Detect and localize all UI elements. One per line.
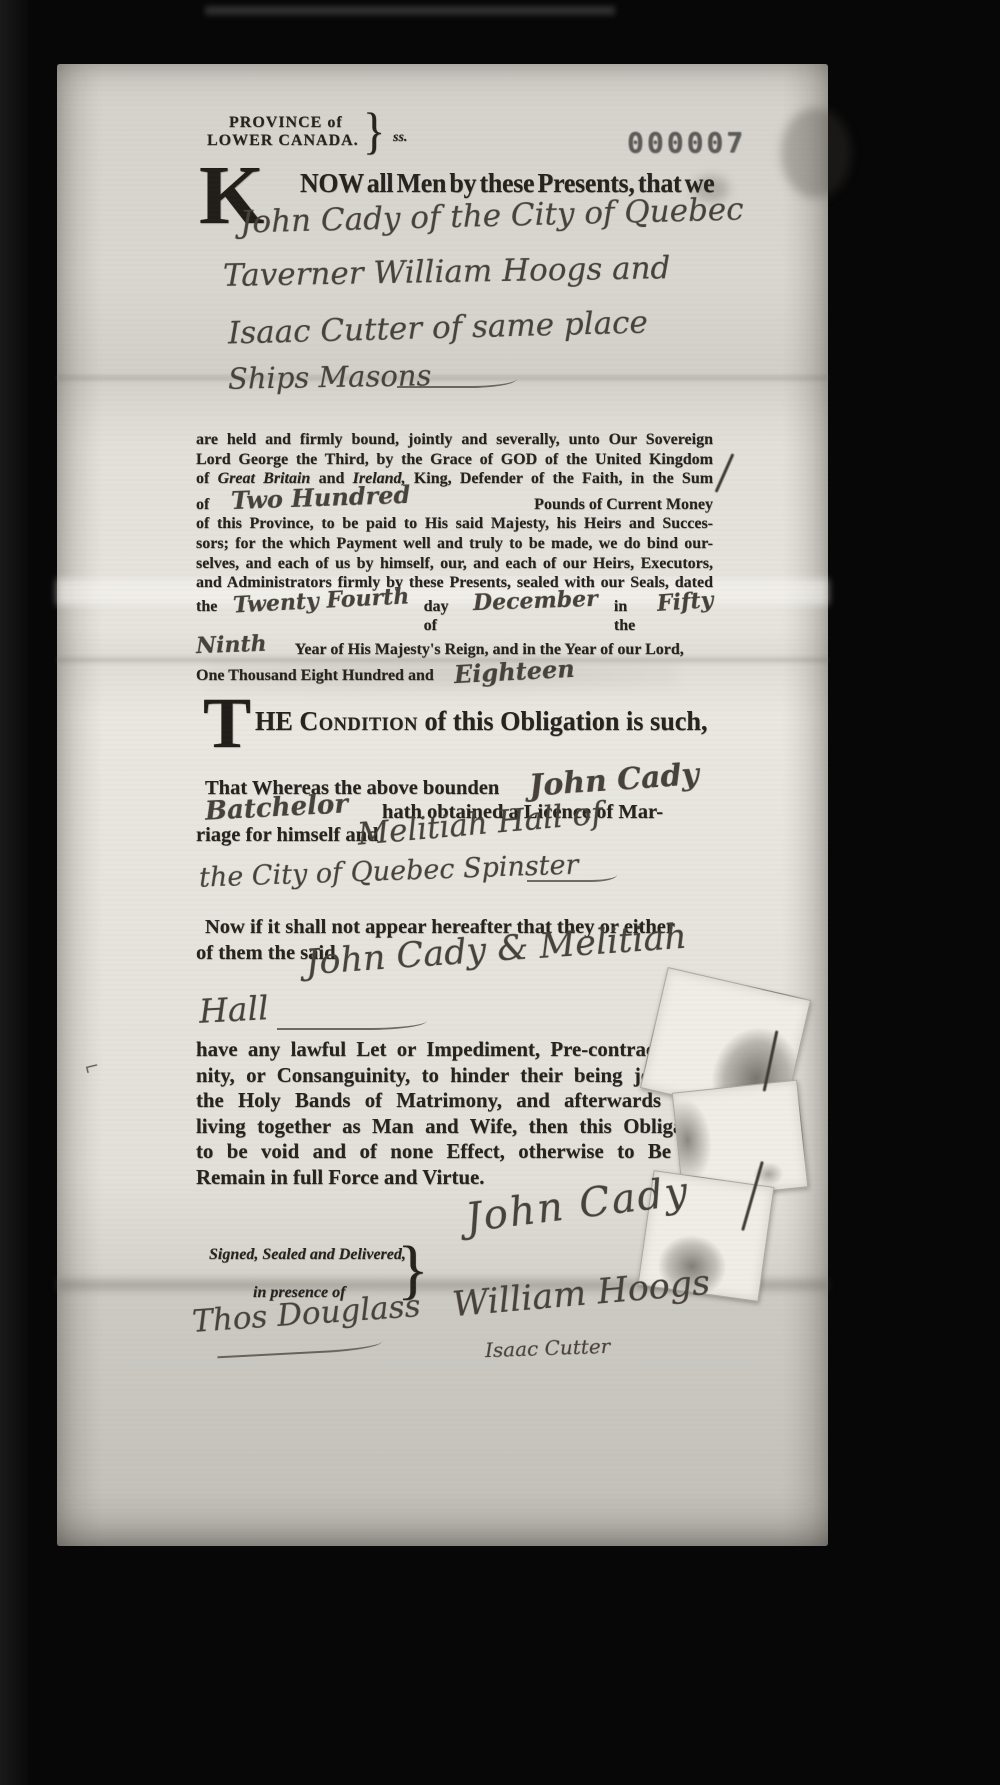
obligation-text: living together as Man and Wife, then th… — [196, 1115, 718, 1138]
handwritten-groom-name: John Cady — [528, 760, 700, 802]
bond-text: the — [196, 597, 217, 617]
bond-line-year: One Thousand Eight Hundred and Eighteen — [196, 660, 713, 686]
scan-noise-streak — [205, 6, 615, 15]
pen-flourish — [527, 870, 617, 882]
obligation-line: the Holy Bands of Matrimony, and afterwa… — [196, 1088, 718, 1114]
whereas-line3: riage for himself and — [196, 824, 378, 847]
bond-line-date: the Twenty Fourth day of December in the… — [196, 593, 713, 636]
header-ss-abbreviation: ss. — [393, 130, 407, 146]
bond-text: and Administrators firmly by these Prese… — [196, 574, 713, 591]
handwritten-party-line2: Taverner William Hoogs and — [223, 250, 671, 294]
bond-text: King, Defender of the Faith, in the Sum — [414, 470, 713, 487]
bond-line: of this Province, to be paid to His said… — [196, 514, 713, 534]
condition-heading-smallcaps: Condition — [299, 706, 418, 736]
obligation-line: living together as Man and Wife, then th… — [196, 1114, 718, 1140]
handwritten-groom-status: Batchelor — [204, 791, 348, 824]
bond-line: selves, and each of us by himself, our, … — [196, 554, 713, 574]
obligation-line: have any lawful Let or Impediment, Pre-c… — [196, 1037, 718, 1063]
signature-witness: Thos Douglass — [191, 1288, 422, 1340]
obligation-text: the Holy Bands of Matrimony, and afterwa… — [196, 1089, 718, 1112]
obligation-text: have any lawful Let or Impediment, Pre-c… — [196, 1038, 718, 1061]
handwritten-year: Eighteen — [453, 656, 575, 686]
handwritten-regnal-ones: Ninth — [196, 633, 267, 657]
bond-text: of — [196, 495, 209, 515]
obligation-text: to be void and of none Effect, otherwise… — [196, 1140, 718, 1163]
bond-line-regnal: Ninth Year of His Majesty's Reign, and i… — [196, 636, 713, 660]
condition-heading-post: of this Obligation is such, — [424, 706, 707, 736]
corner-stamp-smudge — [781, 108, 851, 198]
pen-flourish — [217, 1336, 383, 1359]
handwritten-party-line3: Isaac Cutter of same place — [228, 305, 649, 352]
handwritten-couple-surname: Hall — [198, 988, 270, 1031]
bond-text: selves, and each of us by himself, our, … — [196, 555, 713, 572]
condition-heading: HE Condition of this Obligation is such, — [255, 706, 708, 737]
header-brace-mark: } — [363, 101, 385, 159]
bond-text: in the — [614, 597, 645, 636]
bond-text: day of — [424, 597, 458, 636]
condition-heading-pre: HE — [255, 706, 293, 736]
obligation-text: nity, or Consanguinity, to hinder their … — [196, 1064, 718, 1087]
scan-background: PROVINCE of LOWER CANADA. } ss. 000007 K… — [0, 0, 1000, 1785]
handwritten-month: December — [473, 588, 598, 614]
obligation-text: Remain in full Force and Virtue. — [196, 1166, 484, 1189]
handwritten-bride-residence: the City of Quebec Spinster — [199, 849, 579, 893]
bond-line: sors; for the which Payment well and tru… — [196, 534, 713, 554]
bond-text: are held and firmly bound, jointly and s… — [196, 431, 713, 448]
obligation-paragraph: have any lawful Let or Impediment, Pre-c… — [196, 1037, 718, 1191]
bond-text: Pounds of Current Money — [534, 495, 713, 515]
bond-text: Lord George the Third, by the Grace of G… — [196, 451, 713, 468]
province-caption-line2: LOWER CANADA. — [207, 132, 359, 150]
document-paper: PROVINCE of LOWER CANADA. } ss. 000007 K… — [57, 64, 828, 1546]
handwritten-sum: Two Hundred — [231, 483, 411, 513]
bond-line: are held and firmly bound, jointly and s… — [196, 430, 713, 450]
dropcap-t: T — [203, 692, 251, 754]
signature-principal-3: Isaac Cutter — [485, 1334, 611, 1362]
signature-principal-2: William Hoogs — [451, 1263, 712, 1325]
bond-text: Year of His Majesty's Reign, and in the … — [295, 640, 684, 660]
bond-paragraph: are held and firmly bound, jointly and s… — [196, 430, 713, 685]
bond-text: of — [196, 470, 209, 487]
margin-pen-slash — [715, 453, 735, 493]
bond-line-sum: of Two Hundred Pounds of Current Money — [196, 489, 713, 515]
bond-text: of this Province, to be paid to His said… — [196, 515, 713, 532]
bond-line: Lord George the Third, by the Grace of G… — [196, 450, 713, 470]
margin-check-mark: ⌐ — [82, 1053, 102, 1082]
pen-flourish — [277, 1014, 427, 1030]
serial-number-stamp: 000007 — [627, 126, 746, 159]
bond-text: sors; for the which Payment well and tru… — [196, 535, 713, 552]
handwritten-regnal-tens: Fifty — [656, 589, 714, 615]
pen-flourish — [397, 372, 517, 388]
attestation-line1: Signed, Sealed and Delivered, — [209, 1246, 406, 1264]
obligation-line: to be void and of none Effect, otherwise… — [196, 1139, 718, 1165]
scan-edge-shading — [0, 0, 28, 1785]
province-caption-line1: PROVINCE of — [229, 114, 343, 132]
